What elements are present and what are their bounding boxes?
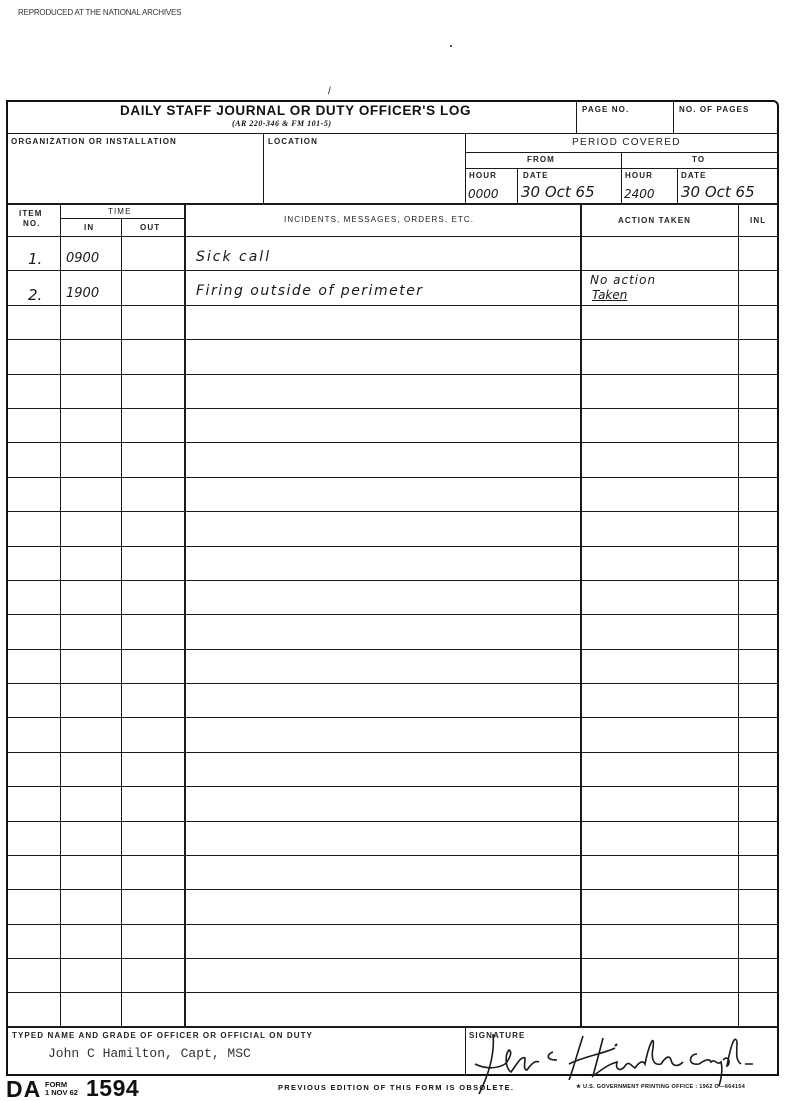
form-number: 1594 (86, 1075, 139, 1101)
item-no: 2. (28, 286, 42, 304)
row-line (8, 374, 778, 375)
to-hour-value[interactable]: 2400 (624, 187, 655, 201)
location-field[interactable] (268, 150, 463, 200)
divider (677, 168, 678, 203)
form-date: 1 NOV 62 (45, 1089, 78, 1097)
period-covered-label: PERIOD COVERED (572, 137, 681, 148)
row-line (8, 649, 778, 650)
typed-name-value[interactable]: John C Hamilton, Capt, MSC (48, 1046, 251, 1061)
row-line (8, 408, 778, 409)
row-line (8, 511, 778, 512)
row-line (8, 477, 778, 478)
divider (517, 168, 518, 203)
row-line (8, 305, 778, 306)
row-line (8, 958, 778, 959)
from-date-label: DATE (523, 171, 549, 180)
time-in: 1900 (66, 286, 99, 301)
time-header: TIME (108, 207, 132, 216)
divider (576, 101, 577, 133)
to-date-value[interactable]: 30 Oct 65 (681, 183, 755, 201)
organization-field[interactable] (11, 150, 261, 200)
item-header-no: NO. (23, 219, 41, 228)
page-no-field[interactable] (580, 115, 670, 131)
action-taken-header: ACTION TAKEN (618, 216, 691, 225)
action-text-line2: Taken (592, 288, 627, 302)
from-label: FROM (527, 155, 555, 164)
row-line (8, 752, 778, 753)
divider (60, 218, 184, 219)
divider (673, 101, 674, 133)
from-date-value[interactable]: 30 Oct 65 (521, 183, 595, 201)
page-no-label: PAGE NO. (582, 105, 629, 114)
form-edition: FORM 1 NOV 62 (45, 1081, 78, 1097)
time-in: 0900 (66, 251, 99, 266)
row-line (8, 992, 778, 993)
out-header: OUT (140, 223, 160, 232)
row-line (8, 924, 778, 925)
action-text-line1: No action (590, 273, 656, 287)
row-line (8, 717, 778, 718)
divider (621, 152, 622, 203)
previous-edition-note: PREVIOUS EDITION OF THIS FORM IS OBSOLET… (278, 1083, 514, 1092)
stray-dot (450, 45, 452, 47)
row-line (8, 889, 778, 890)
row-line (8, 546, 778, 547)
form-prefix: DA (6, 1076, 41, 1101)
row-line (8, 442, 778, 443)
form-title: DAILY STAFF JOURNAL OR DUTY OFFICER'S LO… (120, 103, 471, 118)
row-line (8, 855, 778, 856)
no-of-pages-label: NO. OF PAGES (679, 105, 749, 114)
row-line (8, 683, 778, 684)
inl-header: INL (750, 216, 766, 225)
divider (465, 168, 778, 169)
no-of-pages-field[interactable] (677, 115, 775, 131)
from-hour-value[interactable]: 0000 (468, 187, 499, 201)
archives-watermark: REPRODUCED AT THE NATIONAL ARCHIVES (18, 8, 181, 17)
table-row[interactable]: 1. 0900 Sick call (8, 236, 778, 270)
to-label: TO (692, 155, 705, 164)
divider (8, 203, 778, 205)
item-header: ITEM (19, 209, 43, 218)
to-date-label: DATE (681, 171, 707, 180)
from-hour-label: HOUR (469, 171, 497, 180)
gpo-imprint: ★ U.S. GOVERNMENT PRINTING OFFICE : 1962… (576, 1084, 745, 1090)
row-line (8, 580, 778, 581)
form-subtitle: (AR 220-346 & FM 101-5) (232, 119, 332, 128)
row-line (8, 339, 778, 340)
row-line (8, 786, 778, 787)
divider (263, 133, 264, 203)
incident-text: Firing outside of perimeter (196, 283, 424, 299)
row-line (8, 614, 778, 615)
item-no: 1. (28, 250, 42, 268)
incident-text: Sick call (196, 249, 271, 265)
stray-mark: / (328, 86, 331, 97)
in-header: IN (84, 223, 94, 232)
to-hour-label: HOUR (625, 171, 653, 180)
row-line (8, 821, 778, 822)
incidents-header: INCIDENTS, MESSAGES, ORDERS, ETC. (284, 215, 474, 224)
table-row[interactable]: 2. 1900 Firing outside of perimeter No a… (8, 270, 778, 305)
organization-label: ORGANIZATION OR INSTALLATION (11, 137, 177, 146)
location-label: LOCATION (268, 137, 318, 146)
divider (8, 133, 778, 134)
typed-name-label: TYPED NAME AND GRADE OF OFFICER OR OFFIC… (12, 1031, 313, 1040)
